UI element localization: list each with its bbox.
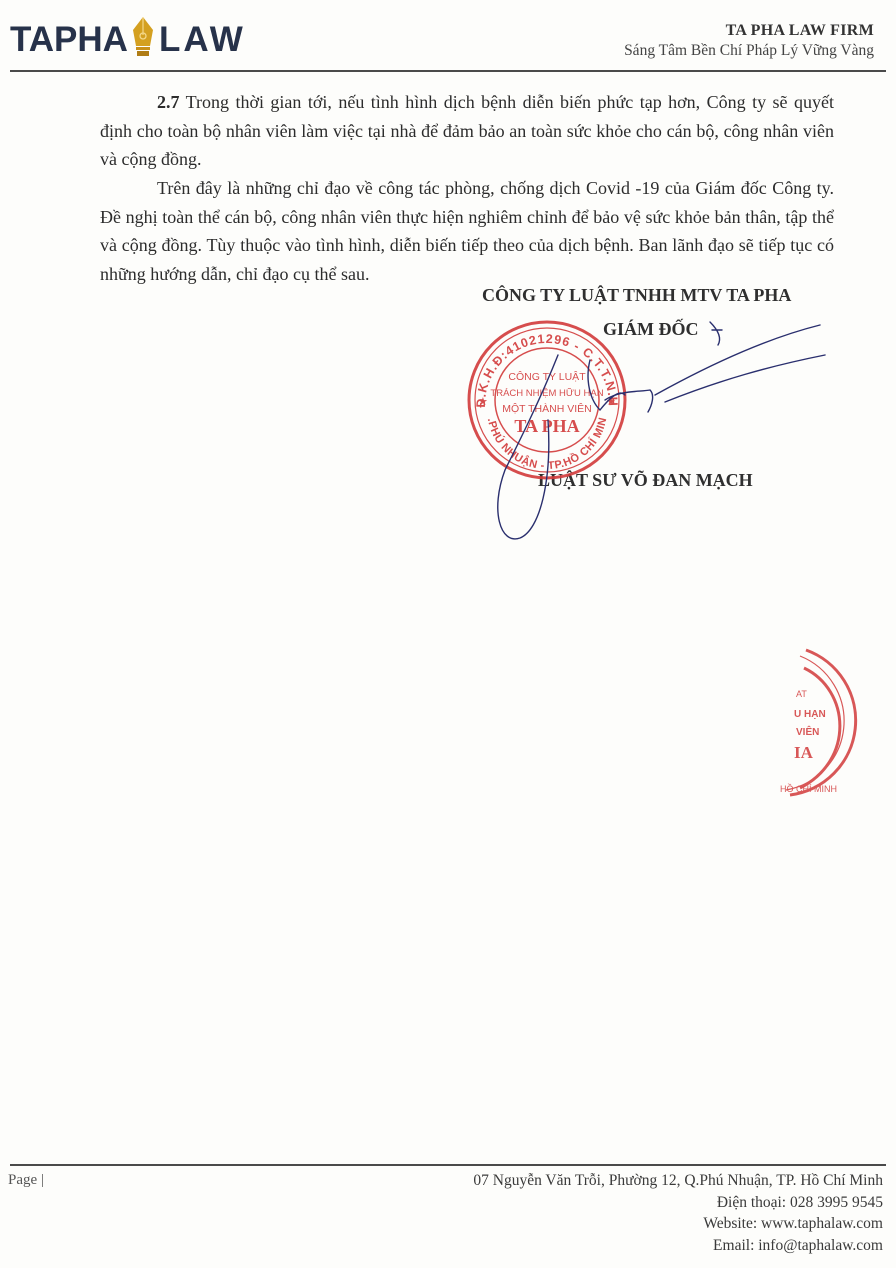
firm-name: TA PHA LAW FIRM: [624, 22, 874, 40]
closing-paragraph: Trên đây là những chỉ đạo về công tác ph…: [100, 174, 834, 288]
phone: Điện thoại: 028 3995 9545: [473, 1192, 883, 1214]
logo-text-tapha: TAPHA: [10, 20, 128, 60]
paragraph-text: Trong thời gian tới, nếu tình hình dịch …: [100, 92, 834, 169]
paragraph-2-7: 2.7 Trong thời gian tới, nếu tình hình d…: [100, 88, 834, 174]
signature-title: GIÁM ĐỐC: [603, 319, 699, 340]
page-label: Page |: [8, 1172, 44, 1189]
website-link[interactable]: Website: www.taphalaw.com: [473, 1213, 883, 1235]
address: 07 Nguyễn Văn Trỗi, Phường 12, Q.Phú Nhu…: [473, 1170, 883, 1192]
svg-text:★: ★: [606, 396, 616, 408]
firm-slogan: Sáng Tâm Bền Chí Pháp Lý Vững Vàng: [624, 42, 874, 60]
paragraph-text: Trên đây là những chỉ đạo về công tác ph…: [100, 174, 834, 288]
email-link[interactable]: Email: info@taphalaw.com: [473, 1235, 883, 1257]
signature-name: LUẬT SƯ VÕ ĐAN MẠCH: [538, 470, 753, 491]
svg-text:★: ★: [478, 396, 488, 408]
contact-block: 07 Nguyễn Văn Trỗi, Phường 12, Q.Phú Nhu…: [473, 1170, 883, 1256]
svg-text:TA PHA: TA PHA: [514, 416, 579, 436]
signature-company: CÔNG TY LUẬT TNHH MTV TA PHA: [482, 285, 791, 306]
svg-text:IA: IA: [794, 743, 814, 762]
partial-stamp: AT U HẠN VIÊN IA HỒ CHÍ MINH: [780, 650, 856, 795]
firm-header: TA PHA LAW FIRM Sáng Tâm Bền Chí Pháp Lý…: [624, 22, 874, 60]
svg-text:U HẠN: U HẠN: [794, 709, 826, 720]
logo-text-law: LAW: [159, 20, 246, 60]
handwritten-signature: [498, 322, 825, 539]
svg-text:MỘT THÀNH VIÊN: MỘT THÀNH VIÊN: [502, 402, 591, 415]
svg-text:AT: AT: [796, 689, 807, 699]
footer-divider: [10, 1164, 886, 1166]
svg-text:HỒ CHÍ MINH: HỒ CHÍ MINH: [780, 783, 837, 794]
svg-text:CÔNG TY LUẬT: CÔNG TY LUẬT: [508, 370, 586, 383]
header-divider: [10, 70, 886, 72]
svg-text:TRÁCH NHIỆM HỮU HẠN: TRÁCH NHIỆM HỮU HẠN: [490, 388, 603, 399]
svg-text:VIÊN: VIÊN: [796, 725, 819, 738]
section-number: 2.7: [157, 92, 180, 112]
company-logo: TAPHA LAW: [10, 20, 246, 60]
pen-nib-icon: [129, 16, 157, 58]
